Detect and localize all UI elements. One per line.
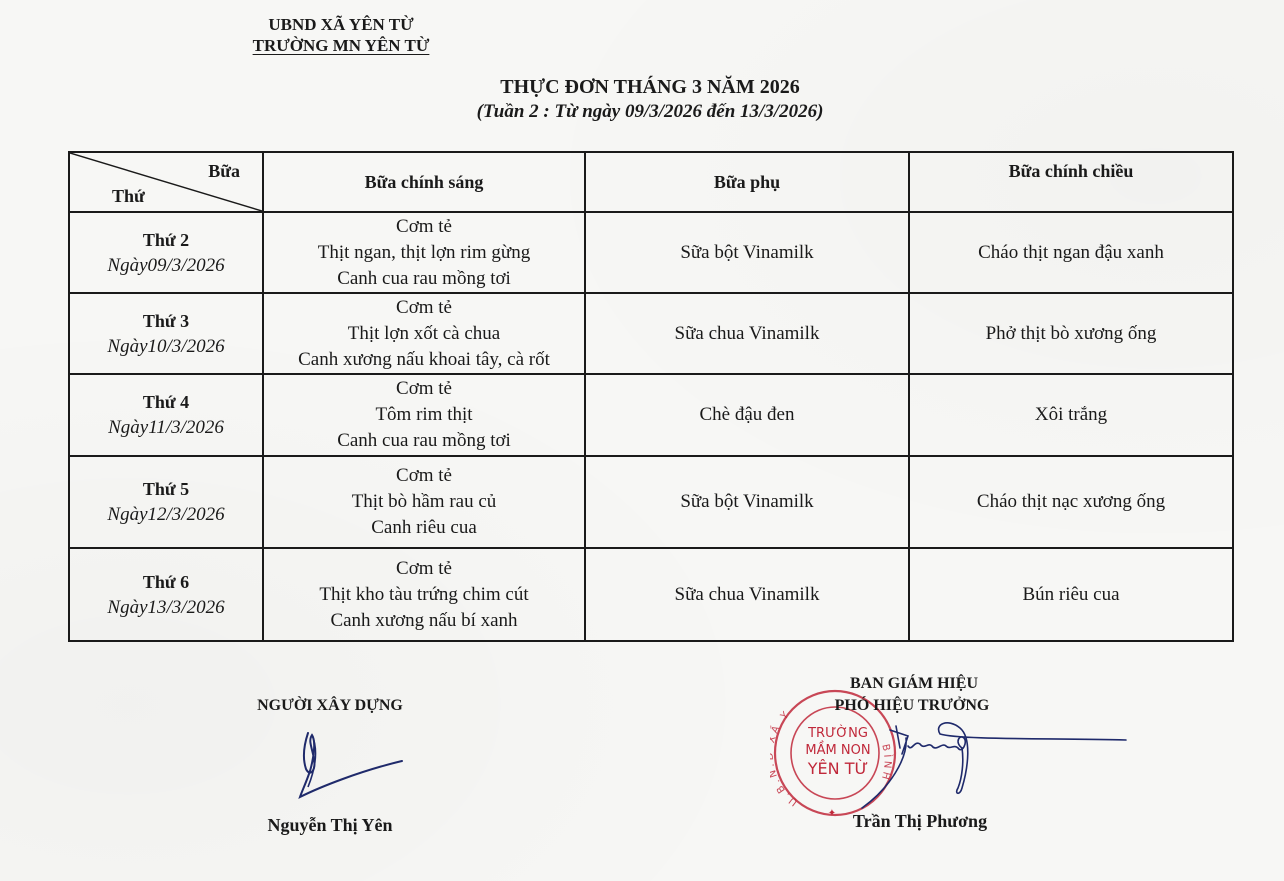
snack-cell: Sữa bột Vinamilk xyxy=(585,212,909,293)
afternoon-meal-cell: Cháo thịt ngan đậu xanh xyxy=(909,212,1233,293)
snack-cell: Chè đậu đen xyxy=(585,374,909,456)
principal-role: PHÓ HIỆU TRƯỞNG xyxy=(812,697,1012,715)
dish: Canh riêu cua xyxy=(264,515,584,541)
table-row: Thứ 6 Ngày13/3/2026 Cơm tẻ Thịt kho tàu … xyxy=(69,548,1233,641)
day-date: Ngày11/3/2026 xyxy=(70,415,262,440)
dish: Cơm tẻ xyxy=(264,295,584,321)
morning-meal-cell: Cơm tẻ Thịt bò hầm rau củ Canh riêu cua xyxy=(263,456,585,548)
preparer-name: Nguyễn Thị Yên xyxy=(230,815,430,836)
signature-block-preparer: NGƯỜI XÂY DỰNG Nguyễn Thị Yên xyxy=(230,697,430,715)
dish: Sữa chua Vinamilk xyxy=(586,321,908,347)
dish: Cháo thịt ngan đậu xanh xyxy=(910,240,1232,266)
document-subtitle: (Tuần 2 : Từ ngày 09/3/2026 đến 13/3/202… xyxy=(400,100,900,124)
day-cell: Thứ 2 Ngày09/3/2026 xyxy=(69,212,263,293)
corner-meal-label: Bữa xyxy=(208,161,240,182)
handwritten-signature-icon xyxy=(290,727,410,802)
document-title: THỰC ĐƠN THÁNG 3 NĂM 2026 xyxy=(400,74,900,100)
table-row: Thứ 3 Ngày10/3/2026 Cơm tẻ Thịt lợn xốt … xyxy=(69,293,1233,374)
snack-cell: Sữa bột Vinamilk xyxy=(585,456,909,548)
day-name: Thứ 5 xyxy=(70,477,262,502)
dish: Canh cua rau mồng tơi xyxy=(264,428,584,454)
school-name: TRƯỜNG MN YÊN TỪ xyxy=(253,35,430,56)
dish: Thịt ngan, thịt lợn rim gừng xyxy=(264,240,584,266)
dish: Tôm rim thịt xyxy=(264,402,584,428)
dish: Sữa bột Vinamilk xyxy=(586,240,908,266)
afternoon-meal-cell: Bún riêu cua xyxy=(909,548,1233,641)
dish: Bún riêu cua xyxy=(910,582,1232,608)
corner-day-label: Thứ xyxy=(112,186,145,207)
dish: Sữa chua Vinamilk xyxy=(586,582,908,608)
dish: Cơm tẻ xyxy=(264,463,584,489)
afternoon-meal-cell: Phở thịt bò xương ống xyxy=(909,293,1233,374)
dish: Phở thịt bò xương ống xyxy=(910,321,1232,347)
dish: Chè đậu đen xyxy=(586,402,908,428)
weekly-menu-table: Bữa Thứ Bữa chính sáng Bữa phụ Bữa chính… xyxy=(68,151,1234,642)
board-title: BAN GIÁM HIỆU xyxy=(834,675,994,693)
day-name: Thứ 4 xyxy=(70,390,262,415)
day-name: Thứ 2 xyxy=(70,228,262,253)
morning-meal-cell: Cơm tẻ Thịt lợn xốt cà chua Canh xương n… xyxy=(263,293,585,374)
column-header-snack: Bữa phụ xyxy=(585,152,909,212)
dish: Sữa bột Vinamilk xyxy=(586,489,908,515)
snack-cell: Sữa chua Vinamilk xyxy=(585,548,909,641)
dish: Canh cua rau mồng tơi xyxy=(264,266,584,292)
column-header-afternoon: Bữa chính chiều xyxy=(909,152,1233,212)
day-name: Thứ 3 xyxy=(70,309,262,334)
day-cell: Thứ 4 Ngày11/3/2026 xyxy=(69,374,263,456)
dish: Thịt kho tàu trứng chim cút xyxy=(264,582,584,608)
dish: Thịt lợn xốt cà chua xyxy=(264,321,584,347)
day-date: Ngày12/3/2026 xyxy=(70,502,262,527)
signature-block-principal: U.B.N.D XÃ Y BÌNH ✦ TRƯỜNG MẦM NON YÊN T… xyxy=(770,673,1130,843)
preparer-role: NGƯỜI XÂY DỰNG xyxy=(230,697,430,715)
day-date: Ngày10/3/2026 xyxy=(70,334,262,359)
authority-name: UBND XÃ YÊN TỪ xyxy=(228,14,454,35)
snack-cell: Sữa chua Vinamilk xyxy=(585,293,909,374)
dish: Cơm tẻ xyxy=(264,214,584,240)
day-name: Thứ 6 xyxy=(70,570,262,595)
organization-header: UBND XÃ YÊN TỪ TRƯỜNG MN YÊN TỪ xyxy=(228,14,454,56)
dish: Cơm tẻ xyxy=(264,556,584,582)
morning-meal-cell: Cơm tẻ Thịt kho tàu trứng chim cút Canh … xyxy=(263,548,585,641)
morning-meal-cell: Cơm tẻ Thịt ngan, thịt lợn rim gừng Canh… xyxy=(263,212,585,293)
day-cell: Thứ 3 Ngày10/3/2026 xyxy=(69,293,263,374)
document-title-block: THỰC ĐƠN THÁNG 3 NĂM 2026 (Tuần 2 : Từ n… xyxy=(400,74,900,124)
dish: Cơm tẻ xyxy=(264,376,584,402)
corner-header-cell: Bữa Thứ xyxy=(69,152,263,212)
day-cell: Thứ 5 Ngày12/3/2026 xyxy=(69,456,263,548)
table-row: Thứ 4 Ngày11/3/2026 Cơm tẻ Tôm rim thịt … xyxy=(69,374,1233,456)
morning-meal-cell: Cơm tẻ Tôm rim thịt Canh cua rau mồng tơ… xyxy=(263,374,585,456)
table-row: Thứ 5 Ngày12/3/2026 Cơm tẻ Thịt bò hầm r… xyxy=(69,456,1233,548)
dish: Canh xương nấu bí xanh xyxy=(264,608,584,634)
dish: Canh xương nấu khoai tây, cà rốt xyxy=(264,347,584,373)
day-date: Ngày13/3/2026 xyxy=(70,595,262,620)
day-cell: Thứ 6 Ngày13/3/2026 xyxy=(69,548,263,641)
column-header-morning: Bữa chính sáng xyxy=(263,152,585,212)
dish: Xôi trắng xyxy=(910,402,1232,428)
afternoon-meal-cell: Cháo thịt nạc xương ống xyxy=(909,456,1233,548)
handwritten-signature-icon xyxy=(850,718,1130,818)
table-row: Thứ 2 Ngày09/3/2026 Cơm tẻ Thịt ngan, th… xyxy=(69,212,1233,293)
afternoon-meal-cell: Xôi trắng xyxy=(909,374,1233,456)
table-header-row: Bữa Thứ Bữa chính sáng Bữa phụ Bữa chính… xyxy=(69,152,1233,212)
dish: Cháo thịt nạc xương ống xyxy=(910,489,1232,515)
day-date: Ngày09/3/2026 xyxy=(70,253,262,278)
dish: Thịt bò hầm rau củ xyxy=(264,489,584,515)
